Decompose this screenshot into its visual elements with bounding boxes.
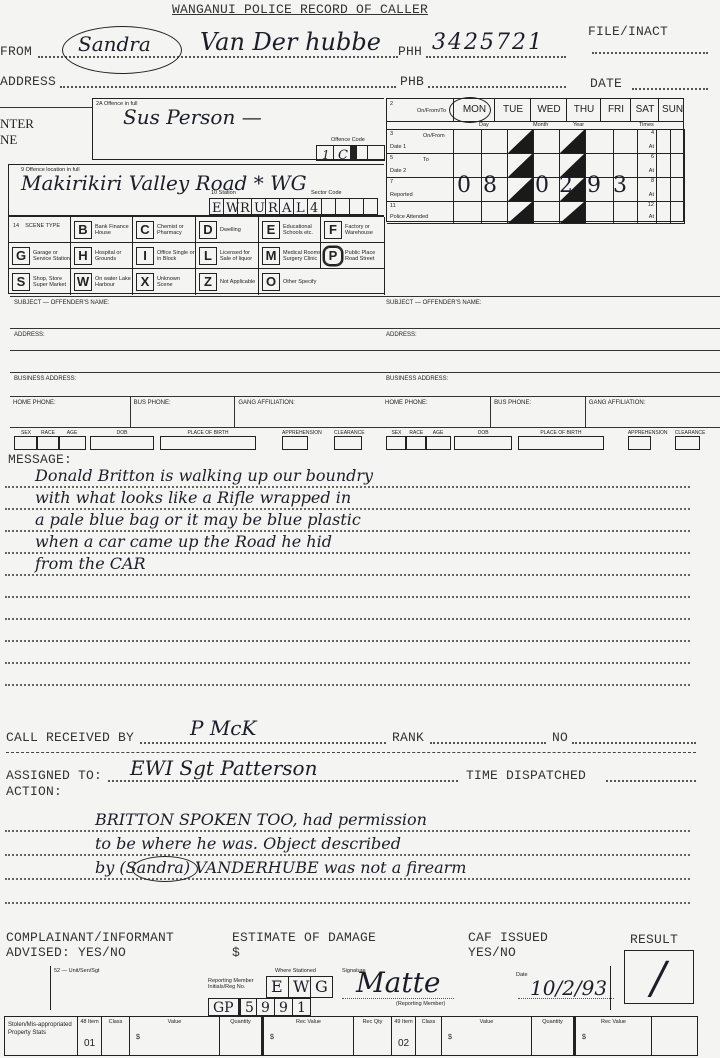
subject-field[interactable]: BUSINESS ADDRESS: xyxy=(10,372,384,397)
property-cell[interactable]: Rec Qty xyxy=(353,1017,391,1055)
scene-option-z[interactable]: ZNot Applicable xyxy=(199,273,258,291)
phh-label: PHH xyxy=(398,44,422,59)
property-cell[interactable]: Class xyxy=(101,1017,129,1055)
property-cell[interactable]: Rec Value$ xyxy=(573,1017,651,1055)
signature-sub-label: (Reporting Member) xyxy=(396,1001,445,1007)
advised-label[interactable]: ADVISED: YES/NO xyxy=(6,945,126,960)
message-line[interactable]: from the CAR xyxy=(5,554,690,576)
date-cell[interactable] xyxy=(481,129,507,153)
subject-col-clearance[interactable] xyxy=(675,436,700,450)
time-cell[interactable] xyxy=(657,129,671,153)
station-cell[interactable]: 4 xyxy=(307,198,322,215)
subject-field[interactable]: SUBJECT — OFFENDER'S NAME: xyxy=(382,296,720,329)
time-cell[interactable] xyxy=(671,177,685,201)
property-cell[interactable]: Value$ xyxy=(129,1017,219,1055)
action-line[interactable]: to be where he was. Object described xyxy=(5,834,690,856)
caller-last-name: Van Der hubbe xyxy=(200,28,381,56)
reported-digit: 2 xyxy=(559,173,573,198)
date-cell[interactable] xyxy=(507,201,533,223)
phone-field[interactable]: HOME PHONE: xyxy=(10,397,130,427)
message-line[interactable] xyxy=(5,620,690,642)
action-line[interactable]: BRITTON SPOKEN TOO, had permission xyxy=(5,810,690,832)
message-line[interactable]: with what looks like a Rifle wrapped in xyxy=(5,488,690,510)
caf-value[interactable]: YES/NO xyxy=(468,945,516,960)
scene-option-x[interactable]: XUnknown Scene xyxy=(136,273,195,291)
where-stationed-label: Where Stationed xyxy=(275,968,316,974)
subject-col-apprehension[interactable] xyxy=(628,436,651,450)
subject-col-age[interactable] xyxy=(58,436,86,450)
result-value: / xyxy=(651,953,666,1004)
scene-option-h[interactable]: HHospital or Grounds xyxy=(74,247,133,265)
time-dispatched-label: TIME DISPATCHED xyxy=(466,768,586,783)
date-cell[interactable] xyxy=(507,153,533,177)
date-separator-mark xyxy=(560,201,585,223)
footer-date-value: 10/2/93 xyxy=(530,976,607,1000)
station-cell[interactable]: E xyxy=(209,198,224,215)
property-stats-label: Stolen/Mis-appropriated Property Stats xyxy=(8,1021,74,1037)
scene-option-w[interactable]: WOn water Lake Harbour xyxy=(74,273,133,291)
action-line[interactable]: by (Sandra) VANDERHUBE was not a firearm xyxy=(5,858,690,880)
subject-field[interactable]: BUSINESS ADDRESS: xyxy=(382,372,720,397)
time-dispatched-field[interactable] xyxy=(606,780,696,782)
reg-no-cell[interactable]: 9 xyxy=(274,998,293,1016)
day-tue[interactable]: TUE xyxy=(494,99,531,121)
divider xyxy=(50,966,51,1010)
subject-field[interactable]: SUBJECT — OFFENDER'S NAME: xyxy=(10,296,384,329)
date-cell[interactable] xyxy=(613,201,637,223)
where-stationed-cell[interactable]: W xyxy=(288,976,311,998)
offence-value[interactable]: Sus Person — xyxy=(123,105,262,129)
subject-col-dob[interactable] xyxy=(454,436,512,450)
date-cell[interactable] xyxy=(533,201,559,223)
signature-value: Matte xyxy=(356,966,440,999)
time-cell[interactable] xyxy=(671,153,685,177)
sector-label: Sector Code xyxy=(311,190,342,196)
phb-field[interactable] xyxy=(428,86,566,88)
station-cell[interactable]: L xyxy=(293,198,308,215)
station-cell[interactable]: R xyxy=(237,198,252,215)
reported-digit: 0 xyxy=(535,173,549,198)
reg-no-cell[interactable]: 1 xyxy=(292,998,311,1016)
phone-field[interactable]: HOME PHONE: xyxy=(382,397,490,427)
selected-day-circle xyxy=(449,97,491,123)
message-line[interactable] xyxy=(5,642,690,664)
property-cell xyxy=(651,1017,699,1055)
scene-option-c[interactable]: CChemist or Pharmacy xyxy=(136,221,195,239)
subject-col-sex[interactable] xyxy=(14,436,38,450)
subject-col-race[interactable] xyxy=(405,436,427,450)
scene-option-i[interactable]: IOffice Single or in Block xyxy=(136,247,195,265)
scene-option-m[interactable]: MMedical Rooms Surgery Clinic xyxy=(262,247,321,265)
date-label: Date xyxy=(516,972,528,978)
subject-form-left: SUBJECT — OFFENDER'S NAME:ADDRESS:BUSINE… xyxy=(10,296,384,450)
margin-label-2: NE xyxy=(0,132,17,148)
date-field[interactable] xyxy=(632,88,708,90)
subject-col-age[interactable] xyxy=(425,436,450,450)
date-row: 3On/FromDate 14At xyxy=(387,129,685,154)
margin-label-1: NTER xyxy=(0,116,34,132)
time-cell[interactable] xyxy=(657,177,671,201)
property-stats-table: Stolen/Mis-appropriated Property Stats48… xyxy=(4,1016,698,1056)
message-line[interactable]: a pale blue bag or it may be blue plasti… xyxy=(5,510,690,532)
scene-option-b[interactable]: BBank Finance House xyxy=(74,221,133,239)
date-cell[interactable] xyxy=(559,129,585,153)
reporting-member-label: Reporting Member Initials/Reg No. xyxy=(208,978,264,990)
subject-col-place-of-birth[interactable] xyxy=(160,436,256,450)
phone-field[interactable]: GANG AFFILIATION: xyxy=(234,397,385,427)
day-sat[interactable]: SAT xyxy=(630,99,659,121)
action-label: ACTION: xyxy=(6,784,62,799)
station-cell[interactable] xyxy=(321,198,336,215)
location-box: 9 Offence location in full Makirikiri Va… xyxy=(8,164,384,216)
no-label: NO xyxy=(552,730,568,745)
date-separator-mark xyxy=(508,153,533,177)
no-field[interactable] xyxy=(572,742,696,744)
scene-option-e[interactable]: EEducational Schools etc. xyxy=(262,221,321,239)
unit-label: 52 — Unit/Sen/Sgt xyxy=(54,968,100,974)
date-cell[interactable] xyxy=(613,129,637,153)
subject-field[interactable]: ADDRESS: xyxy=(382,328,720,351)
station-cell[interactable] xyxy=(363,198,378,215)
date-separator-mark xyxy=(560,129,585,153)
message-label: MESSAGE: xyxy=(8,452,72,467)
date-row-label: Reported xyxy=(390,192,413,198)
station-label: 10 Station xyxy=(211,190,236,196)
day-wed[interactable]: WED xyxy=(530,99,567,121)
result-box[interactable]: / xyxy=(624,950,694,1004)
phone-field[interactable]: BUS PHONE: xyxy=(130,397,236,427)
station-cell[interactable]: W xyxy=(223,198,238,215)
reported-digit: 9 xyxy=(587,173,601,198)
date-separator-mark xyxy=(508,201,533,223)
property-cell[interactable]: 49 Item02 xyxy=(391,1017,415,1055)
subject-field[interactable] xyxy=(10,350,384,373)
scene-option-l[interactable]: LLicensed for Sale of liquor xyxy=(199,247,258,265)
assigned-value: EWI Sgt Patterson xyxy=(130,756,317,780)
address-field[interactable] xyxy=(60,86,396,88)
day-fri[interactable]: FRI xyxy=(600,99,631,121)
call-received-value: P McK xyxy=(190,716,256,740)
subject-col-sex[interactable] xyxy=(386,436,408,450)
date-cell[interactable] xyxy=(507,129,533,153)
reported-digit: 0 xyxy=(457,173,471,198)
time-cell[interactable] xyxy=(671,201,685,223)
date-row-label: Date 1 xyxy=(390,144,406,150)
subject-col-dob[interactable] xyxy=(90,436,154,450)
offence-code-label: Offence Code xyxy=(331,137,365,143)
file-inact-field[interactable] xyxy=(592,52,708,54)
date-row: 11Police Attended12At xyxy=(387,201,685,224)
reg-no-cell[interactable]: 5 xyxy=(238,998,257,1016)
scene-option-s[interactable]: SShop, Store Super Market xyxy=(12,273,71,291)
divider xyxy=(0,107,92,108)
subject-field[interactable]: ADDRESS: xyxy=(10,328,384,351)
location-value[interactable]: Makirikiri Valley Road * WG xyxy=(21,171,307,195)
message-line[interactable] xyxy=(5,664,690,686)
property-cell[interactable]: 48 Item01 xyxy=(77,1017,101,1055)
station-cell[interactable] xyxy=(349,198,364,215)
assigned-label: ASSIGNED TO: xyxy=(6,768,102,783)
scene-option-o[interactable]: OOther Specify xyxy=(262,273,321,291)
date-separator-mark xyxy=(508,129,533,153)
scene-option-p[interactable]: PPublic Place Road Street xyxy=(324,247,383,265)
where-stationed-cell[interactable]: E xyxy=(266,976,289,998)
date-cell[interactable] xyxy=(533,129,559,153)
date-cell[interactable] xyxy=(559,201,585,223)
subject-col-place-of-birth[interactable] xyxy=(518,436,605,450)
divider xyxy=(6,752,696,753)
caller-first-name: Sandra xyxy=(78,32,151,56)
station-cell[interactable]: R xyxy=(265,198,280,215)
station-cell[interactable]: U xyxy=(251,198,266,215)
property-cell[interactable]: Quantity xyxy=(531,1017,573,1055)
form-title: WANGANUI POLICE RECORD OF CALLER xyxy=(172,2,428,17)
phb-label: PHB xyxy=(400,74,424,89)
result-label: RESULT xyxy=(630,932,678,947)
subject-field[interactable] xyxy=(382,350,720,373)
date-row-label: Date 2 xyxy=(390,168,406,174)
subject-col-apprehension[interactable] xyxy=(282,436,308,450)
message-line[interactable] xyxy=(5,598,690,620)
circle-annotation xyxy=(132,856,198,882)
date-cell[interactable] xyxy=(453,129,481,153)
rank-field[interactable] xyxy=(430,742,546,744)
where-stationed-cell[interactable]: G xyxy=(310,976,333,998)
phh-value: 3425721 xyxy=(432,30,544,55)
property-cell[interactable]: Rec Value$ xyxy=(261,1017,353,1055)
damage-label: ESTIMATE OF DAMAGE xyxy=(232,930,376,945)
call-received-field[interactable] xyxy=(140,742,386,744)
phone-field[interactable]: GANG AFFILIATION: xyxy=(585,397,720,427)
call-received-label: CALL RECEIVED BY xyxy=(6,730,134,745)
date-cell[interactable] xyxy=(585,201,613,223)
date-row-label: Police Attended xyxy=(390,214,428,220)
reg-no-cell[interactable]: 9 xyxy=(256,998,275,1016)
date-cell[interactable] xyxy=(507,177,533,201)
station-cell[interactable] xyxy=(335,198,350,215)
subject-form-right: SUBJECT — OFFENDER'S NAME:ADDRESS:BUSINE… xyxy=(382,296,720,450)
rank-label: RANK xyxy=(392,730,424,745)
property-cell[interactable]: Quantity xyxy=(219,1017,261,1055)
date-label: DATE xyxy=(590,76,622,91)
caf-label: CAF ISSUED xyxy=(468,930,548,945)
date-grid: 2 On/From/To MON TUE WED THU FRI SAT SUN… xyxy=(386,98,684,222)
station-cell[interactable]: A xyxy=(279,198,294,215)
date-separator-mark xyxy=(508,177,533,201)
date-cell[interactable] xyxy=(453,201,481,223)
scene-type-grid: 14 SCENE TYPE BBank Finance HouseCChemis… xyxy=(8,216,384,294)
message-line[interactable]: when a car came up the Road he hid xyxy=(5,532,690,554)
file-inact-label: FILE/INACT xyxy=(588,24,668,39)
reported-digit: 3 xyxy=(613,173,627,198)
action-line[interactable] xyxy=(5,882,690,904)
damage-currency[interactable]: $ xyxy=(232,945,240,960)
complainant-label: COMPLAINANT/INFORMANT xyxy=(6,930,174,945)
scene-option-d[interactable]: DDwelling xyxy=(199,221,258,239)
assigned-field[interactable] xyxy=(108,780,458,782)
phone-field[interactable]: BUS PHONE: xyxy=(490,397,586,427)
subject-col-race[interactable] xyxy=(36,436,60,450)
address-label: ADDRESS xyxy=(0,74,56,89)
subject-col-clearance[interactable] xyxy=(334,436,362,450)
time-cell[interactable] xyxy=(671,129,685,153)
message-line[interactable] xyxy=(5,576,690,598)
message-line[interactable]: Donald Britton is walking up our boundry xyxy=(5,466,690,488)
reg-no-cell[interactable]: GP xyxy=(208,998,239,1016)
date-cell[interactable] xyxy=(481,201,507,223)
property-cell[interactable]: Class xyxy=(415,1017,441,1055)
date-cell[interactable] xyxy=(585,129,613,153)
scene-option-f[interactable]: FFactory or Warehouse xyxy=(324,221,383,239)
from-label: FROM xyxy=(0,44,32,59)
day-sun[interactable]: SUN xyxy=(658,99,686,121)
time-cell[interactable] xyxy=(657,153,671,177)
day-thu[interactable]: THU xyxy=(566,99,601,121)
reported-digit: 8 xyxy=(483,173,497,198)
divider xyxy=(610,966,611,1010)
time-cell[interactable] xyxy=(657,201,671,223)
scene-option-g[interactable]: GGarage or Service Station xyxy=(12,247,71,265)
phh-field[interactable] xyxy=(426,56,566,58)
property-cell[interactable]: Value$ xyxy=(441,1017,531,1055)
